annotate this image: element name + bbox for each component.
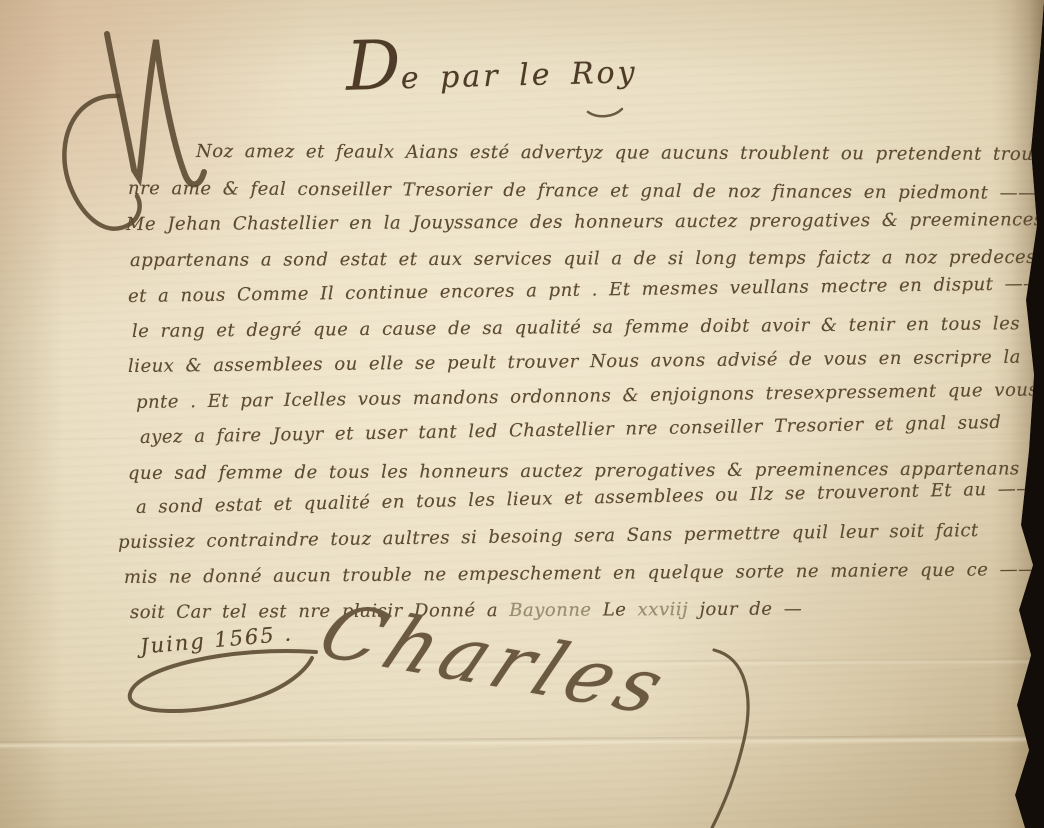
text-segment: ayez a faire Jouyr et user tant led Chas… xyxy=(140,412,1002,448)
initial-n-strokes xyxy=(107,34,204,184)
text-segment: que sad femme de tous les honneurs aucte… xyxy=(128,458,1020,484)
text-segment: le rang et degré que a cause de sa quali… xyxy=(132,313,1020,342)
manuscript-line: et a nous Comme Il continue encores a pn… xyxy=(128,275,1042,306)
fold-crease xyxy=(0,735,1044,749)
text-segment: nre ame & feal conseiller Tresorier de f… xyxy=(128,178,1037,204)
document-heading: De par le Roy xyxy=(345,21,707,105)
roy-underline-flourish xyxy=(588,109,622,116)
text-segment: pnte . Et par Icelles vous mandons ordon… xyxy=(136,379,1044,413)
text-segment: Le xyxy=(592,599,638,620)
manuscript-line: pnte . Et par Icelles vous mandons ordon… xyxy=(136,381,1044,412)
text-segment: jour de — xyxy=(688,598,802,620)
text-segment: puissiez contraindre touz aultres si bes… xyxy=(118,520,979,553)
manuscript-scan: De par le Roy Noz amez et feaulx Aians e… xyxy=(0,0,1044,828)
inserted-text-segment: xxviij xyxy=(638,599,689,620)
manuscript-line: que sad femme de tous les honneurs aucte… xyxy=(128,460,1020,483)
text-segment: Me Jehan Chastellier en la Jouyssance de… xyxy=(126,209,1044,235)
text-segment: appartenans a sond estat et aux services… xyxy=(130,247,1044,271)
text-segment: et a nous Comme Il continue encores a pn… xyxy=(128,273,1042,307)
date-line: Juing 1565 . xyxy=(139,621,294,658)
manuscript-line: a sond estat et qualité en tous les lieu… xyxy=(136,480,1035,517)
inserted-text-segment: Bayonne xyxy=(509,600,591,621)
text-segment: mis ne donné aucun trouble ne empescheme… xyxy=(124,559,1037,588)
torn-edge-shadow xyxy=(1010,0,1044,828)
manuscript-line: mis ne donné aucun trouble ne empescheme… xyxy=(124,561,1037,587)
initial-n-flourish xyxy=(64,96,139,229)
manuscript-line: ayez a faire Jouyr et user tant led Chas… xyxy=(140,414,1002,447)
manuscript-line: puissiez contraindre touz aultres si bes… xyxy=(118,522,979,552)
text-segment: a sond estat et qualité en tous les lieu… xyxy=(136,478,1035,518)
manuscript-line: Me Jehan Chastellier en la Jouyssance de… xyxy=(126,211,1044,234)
text-segment: lieux & assemblees ou elle se peult trou… xyxy=(128,347,1021,377)
manuscript-line: lieux & assemblees ou elle se peult trou… xyxy=(128,349,1021,376)
paraph-flourish xyxy=(712,650,748,828)
manuscript-line: Noz amez et feaulx Aians esté advertyz q… xyxy=(196,143,1044,164)
manuscript-line: appartenans a sond estat et aux services… xyxy=(130,249,1044,270)
manuscript-line: le rang et degré que a cause de sa quali… xyxy=(132,315,1020,341)
parchment-page: De par le Roy Noz amez et feaulx Aians e… xyxy=(0,0,1044,828)
dateline-swash xyxy=(130,651,316,711)
manuscript-line: nre ame & feal conseiller Tresorier de f… xyxy=(128,180,1037,203)
text-segment: Noz amez et feaulx Aians esté advertyz q… xyxy=(196,141,1044,165)
